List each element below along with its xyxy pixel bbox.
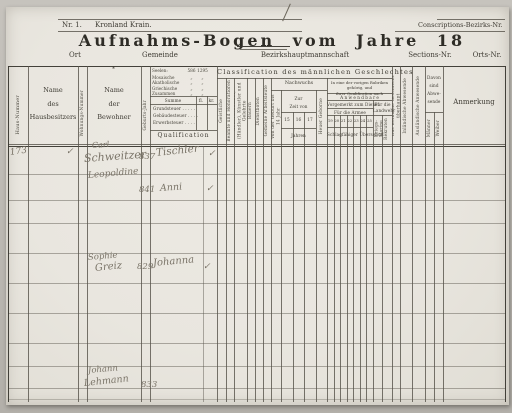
auslaendisch-column: Ausländische Anwesende bbox=[412, 70, 425, 142]
haus-nummer-column-header: Haus-Nummer bbox=[8, 88, 28, 142]
von-geburt-column: Von der Geburt bis 14 Jahr bbox=[271, 91, 281, 142]
religion-header-row: Seelen: 586 1295 bbox=[152, 68, 215, 73]
hw-check-1: ✓ bbox=[208, 149, 216, 159]
rekruten-column: Rekruten bbox=[382, 116, 392, 142]
hw-name-carl: Carl bbox=[92, 140, 110, 150]
steuer-row-1: Grundsteuer . . . . . bbox=[153, 106, 195, 111]
kr-header: kr. bbox=[206, 98, 217, 103]
religion-row3-b: „ bbox=[197, 86, 208, 91]
ort-label: Ort bbox=[45, 51, 105, 59]
steuer-header: Summe bbox=[150, 98, 196, 103]
jahren-label: Jahren bbox=[281, 133, 316, 138]
nachwuchs-line-3 bbox=[304, 112, 305, 402]
davon-line1: Davon bbox=[425, 74, 443, 82]
religion-header-label: Seelen: bbox=[152, 68, 186, 73]
row-rule-1 bbox=[8, 174, 506, 175]
nachwuchs-ages-top-rule bbox=[281, 112, 316, 113]
religion-row2-label: Akatholische bbox=[152, 80, 186, 85]
beamte-label: Beamte und Honoratioren bbox=[227, 80, 232, 142]
class-col-beamte: Beamte und Honoratioren bbox=[226, 80, 234, 142]
nachwuchs-line-2 bbox=[293, 112, 294, 402]
wohnungs-nummer-label: Wohnungs-Nummer bbox=[80, 90, 85, 136]
hw-check-2: ✓ bbox=[206, 184, 214, 194]
landwehr-left-line bbox=[373, 100, 374, 402]
title-underline-1 bbox=[237, 46, 290, 47]
col-line-5 bbox=[150, 66, 151, 402]
orts-nr-label: Orts-Nr. bbox=[462, 51, 512, 59]
row-rule-10 bbox=[8, 399, 506, 400]
kronland-label: Kronland Krain. bbox=[95, 21, 152, 29]
hw-name-greiz: Greiz bbox=[94, 260, 122, 274]
armee-age-line-1 bbox=[334, 115, 335, 402]
hw-year-2: 841 bbox=[139, 185, 155, 195]
sections-nr-label: Sections-Nr. bbox=[400, 51, 460, 59]
abwesende-mid-line bbox=[434, 112, 435, 402]
hw-occupation-tischler: Tischler bbox=[155, 143, 199, 159]
davon-line3: Abwe- bbox=[425, 90, 443, 98]
nachwuchs-title: Nachwuchs bbox=[271, 81, 327, 86]
row-rule-5 bbox=[8, 283, 506, 284]
anwendbare-label: A n w e n d b a r e bbox=[327, 95, 392, 100]
hw-name-schweitzer: Schweitzer bbox=[84, 148, 147, 165]
ueberschuss-label: Schlagfähiger Überschuß bbox=[327, 132, 373, 137]
header-bottom-rule-thin bbox=[8, 144, 506, 145]
rule-top-left-over bbox=[58, 19, 302, 20]
nachwuchs-age-16: 16 bbox=[293, 117, 304, 122]
landwehr-mid-line bbox=[382, 115, 383, 402]
davon-line4: sende bbox=[425, 98, 443, 106]
fuer-die-armee-label: Für die Armee bbox=[327, 110, 373, 115]
bezirkshauptmannschaft-label: Bezirkshauptmannschaft bbox=[250, 51, 360, 59]
rule-top-right-over bbox=[437, 19, 505, 20]
table-right-border bbox=[505, 66, 506, 402]
bewohner-line1: Name bbox=[87, 84, 141, 98]
religion-row1-b: „ bbox=[197, 75, 208, 80]
steuer-row-2: Gebäudesteuer . . . . bbox=[153, 113, 198, 118]
inlaendisch-column: Inländische Abwesende bbox=[400, 70, 412, 142]
rekruten-label: Rekruten bbox=[384, 118, 389, 140]
zur-zeit-line2: Zeit von bbox=[281, 103, 316, 111]
row-rule-7 bbox=[8, 343, 506, 344]
davon-line2: sind bbox=[425, 82, 443, 90]
class-col-dienstboten: Dienstboten bbox=[255, 80, 263, 142]
armee-age-line-2 bbox=[340, 115, 341, 402]
row-rule-9 bbox=[8, 388, 506, 389]
religion-n2: 1295 bbox=[197, 68, 208, 73]
wohnungs-nummer-column-header: Wohnungs-Nummer bbox=[78, 84, 87, 142]
religion-row4-b: „ bbox=[197, 91, 208, 96]
body-qualification-divider bbox=[203, 146, 204, 402]
col-line-11 bbox=[443, 66, 444, 402]
row-rule-4 bbox=[8, 253, 506, 254]
marine-column: Zur Kriegs-Marine bbox=[373, 116, 382, 142]
qualification-label: Qualification bbox=[150, 132, 217, 139]
row-rule-3 bbox=[8, 223, 506, 224]
zur-zeit-line1: Zur bbox=[281, 95, 316, 103]
header-bottom-rule-thick bbox=[8, 146, 506, 147]
vorgemerkt-label: Vorgemerkt zum Dienst bbox=[327, 102, 373, 107]
hw-word-anni: Anni bbox=[160, 181, 183, 194]
religion-row-4: Zusammen „ „ bbox=[152, 91, 215, 96]
religion-row4-label: Zusammen bbox=[152, 91, 186, 96]
form-number-label: Nr. 1. bbox=[62, 21, 82, 29]
hw-year-4: 833 bbox=[141, 380, 157, 390]
hw-check-owner: ✓ bbox=[66, 147, 74, 157]
hw-check-3: ✓ bbox=[203, 262, 211, 272]
landwehr-line2: Landwehr bbox=[373, 108, 392, 114]
religion-row4-a: „ bbox=[186, 91, 197, 96]
inlaendisch-label: Inländische Abwesende bbox=[403, 78, 408, 134]
hw-word-johanna: Johanna bbox=[153, 254, 195, 269]
class-col-geistliche: Geistliche bbox=[217, 80, 226, 142]
von-geburt-label: Von der Geburt bis 14 Jahr bbox=[271, 91, 281, 142]
rubriken-left-line bbox=[327, 78, 328, 402]
form-title: Aufnahms-Bogen vom Jahre 18 bbox=[60, 31, 484, 50]
arbeitsleute-label: Gemeine Arbeitsleute bbox=[264, 85, 269, 136]
haus-nummer-label: Haus-Nummer bbox=[15, 95, 21, 134]
religion-row2-a: „ bbox=[186, 80, 197, 85]
religion-row-2: Akatholische „ „ bbox=[152, 80, 215, 85]
fl-header: fl. bbox=[196, 98, 206, 103]
armee-age-line-3 bbox=[347, 115, 348, 402]
classification-title-rule bbox=[217, 78, 392, 79]
hausbesitzer-line3: Hausbesitzers bbox=[28, 111, 78, 125]
religion-row-3: Griechische „ „ bbox=[152, 86, 215, 91]
row-rule-6 bbox=[8, 313, 506, 314]
hw-house-number: 173 bbox=[9, 146, 27, 158]
heuer-geborne-label: Heuer Geborne bbox=[319, 98, 324, 134]
auslaendisch-label: Ausländische Anwesende bbox=[416, 76, 421, 136]
weiblich-label: Das weibliche Geschlecht überhaupt bbox=[392, 70, 400, 142]
hw-year-1: 837 bbox=[139, 152, 155, 162]
geburtsjahr-column-header: Geburts-Jahr bbox=[141, 88, 150, 142]
steuer-bottom-rule bbox=[150, 130, 217, 131]
class-col-bauern: Bauern bbox=[247, 80, 255, 142]
hw-name-leopoldine: Leopoldine bbox=[88, 167, 139, 181]
weiber-column: Weiber bbox=[434, 114, 443, 142]
title-underline-2 bbox=[240, 49, 287, 50]
gemeinde-label: Gemeinde bbox=[125, 51, 195, 59]
heuer-geborne-column: Heuer Geborne bbox=[316, 91, 327, 142]
armee-age-line-4 bbox=[353, 115, 354, 402]
davon-abwesende-header: Davon sind Abwe- sende bbox=[425, 74, 443, 106]
nachwuchs-age-15: 15 bbox=[281, 117, 293, 122]
bauern-label: Bauern bbox=[248, 102, 253, 119]
armee-age-25: 25 bbox=[366, 118, 373, 123]
row-rule-8 bbox=[8, 366, 506, 367]
anmerkung-label: Anmerkung bbox=[443, 98, 505, 106]
hw-year-3: 829 bbox=[137, 262, 153, 272]
bewohner-line2: der bbox=[87, 98, 141, 112]
bewohner-line3: Bewohner bbox=[87, 111, 141, 125]
armee-age-line-5 bbox=[360, 115, 361, 402]
row-rule-2 bbox=[8, 200, 506, 201]
religion-row3-a: „ bbox=[186, 86, 197, 91]
geburtsjahr-label: Geburts-Jahr bbox=[143, 100, 148, 130]
religion-row1-label: Mosaische bbox=[152, 75, 186, 80]
landwehr-label: Für die Landwehr bbox=[373, 102, 392, 115]
religion-row-1: Mosaische „ „ bbox=[152, 75, 215, 80]
marine-label: Zur Kriegs-Marine bbox=[373, 116, 382, 142]
zur-zeit-label: Zur Zeit von bbox=[281, 95, 316, 110]
conscription-district-label: Conscriptions-Bezirks-Nr. bbox=[418, 21, 503, 29]
religion-row3-label: Griechische bbox=[152, 86, 186, 91]
steuer-row-3: Erwerbsteuer . . . . bbox=[153, 120, 195, 125]
scanned-census-form: Nr. 1. Kronland Krain. Conscriptions-Bez… bbox=[0, 0, 512, 413]
rubriken-title-line1: In eine der vorigen Rubriken gehörig, un… bbox=[327, 80, 392, 91]
classification-title: Classification des männlichen Geschlecht… bbox=[217, 68, 392, 76]
nachwuchs-ages-bottom-rule bbox=[281, 128, 316, 129]
class-col-gewerbsinhaber: Gewerbsinhaber, (Händler), Künstler und … bbox=[234, 80, 247, 142]
geistliche-label: Geistliche bbox=[219, 99, 224, 123]
maenner-label: Männer bbox=[427, 119, 432, 137]
maenner-column: Männer bbox=[425, 114, 434, 142]
hausbesitzer-line2: des bbox=[28, 98, 78, 112]
armee-age-line-6 bbox=[366, 115, 367, 402]
religion-n1: 586 bbox=[186, 68, 197, 73]
bewohner-column-header: Name der Bewohner bbox=[87, 84, 141, 125]
gewerbsinhaber-label: Gewerbsinhaber, (Händler), Künstler und … bbox=[234, 80, 247, 142]
religion-row2-b: „ bbox=[197, 80, 208, 85]
religion-row1-a: „ bbox=[186, 75, 197, 80]
class-col-arbeitsleute: Gemeine Arbeitsleute bbox=[263, 80, 271, 142]
nachwuchs-age-17: 17 bbox=[304, 117, 316, 122]
weiber-label: Weiber bbox=[436, 120, 441, 137]
dienstboten-label: Dienstboten bbox=[256, 97, 261, 126]
bewohner-asterisk: * bbox=[112, 66, 115, 73]
weiblich-column: Das weibliche Geschlecht überhaupt bbox=[392, 70, 400, 142]
anwendbare-rule bbox=[327, 100, 392, 101]
hausbesitzer-line1: Name bbox=[28, 84, 78, 98]
hausbesitzer-column-header: Name des Hausbesitzers bbox=[28, 84, 78, 125]
